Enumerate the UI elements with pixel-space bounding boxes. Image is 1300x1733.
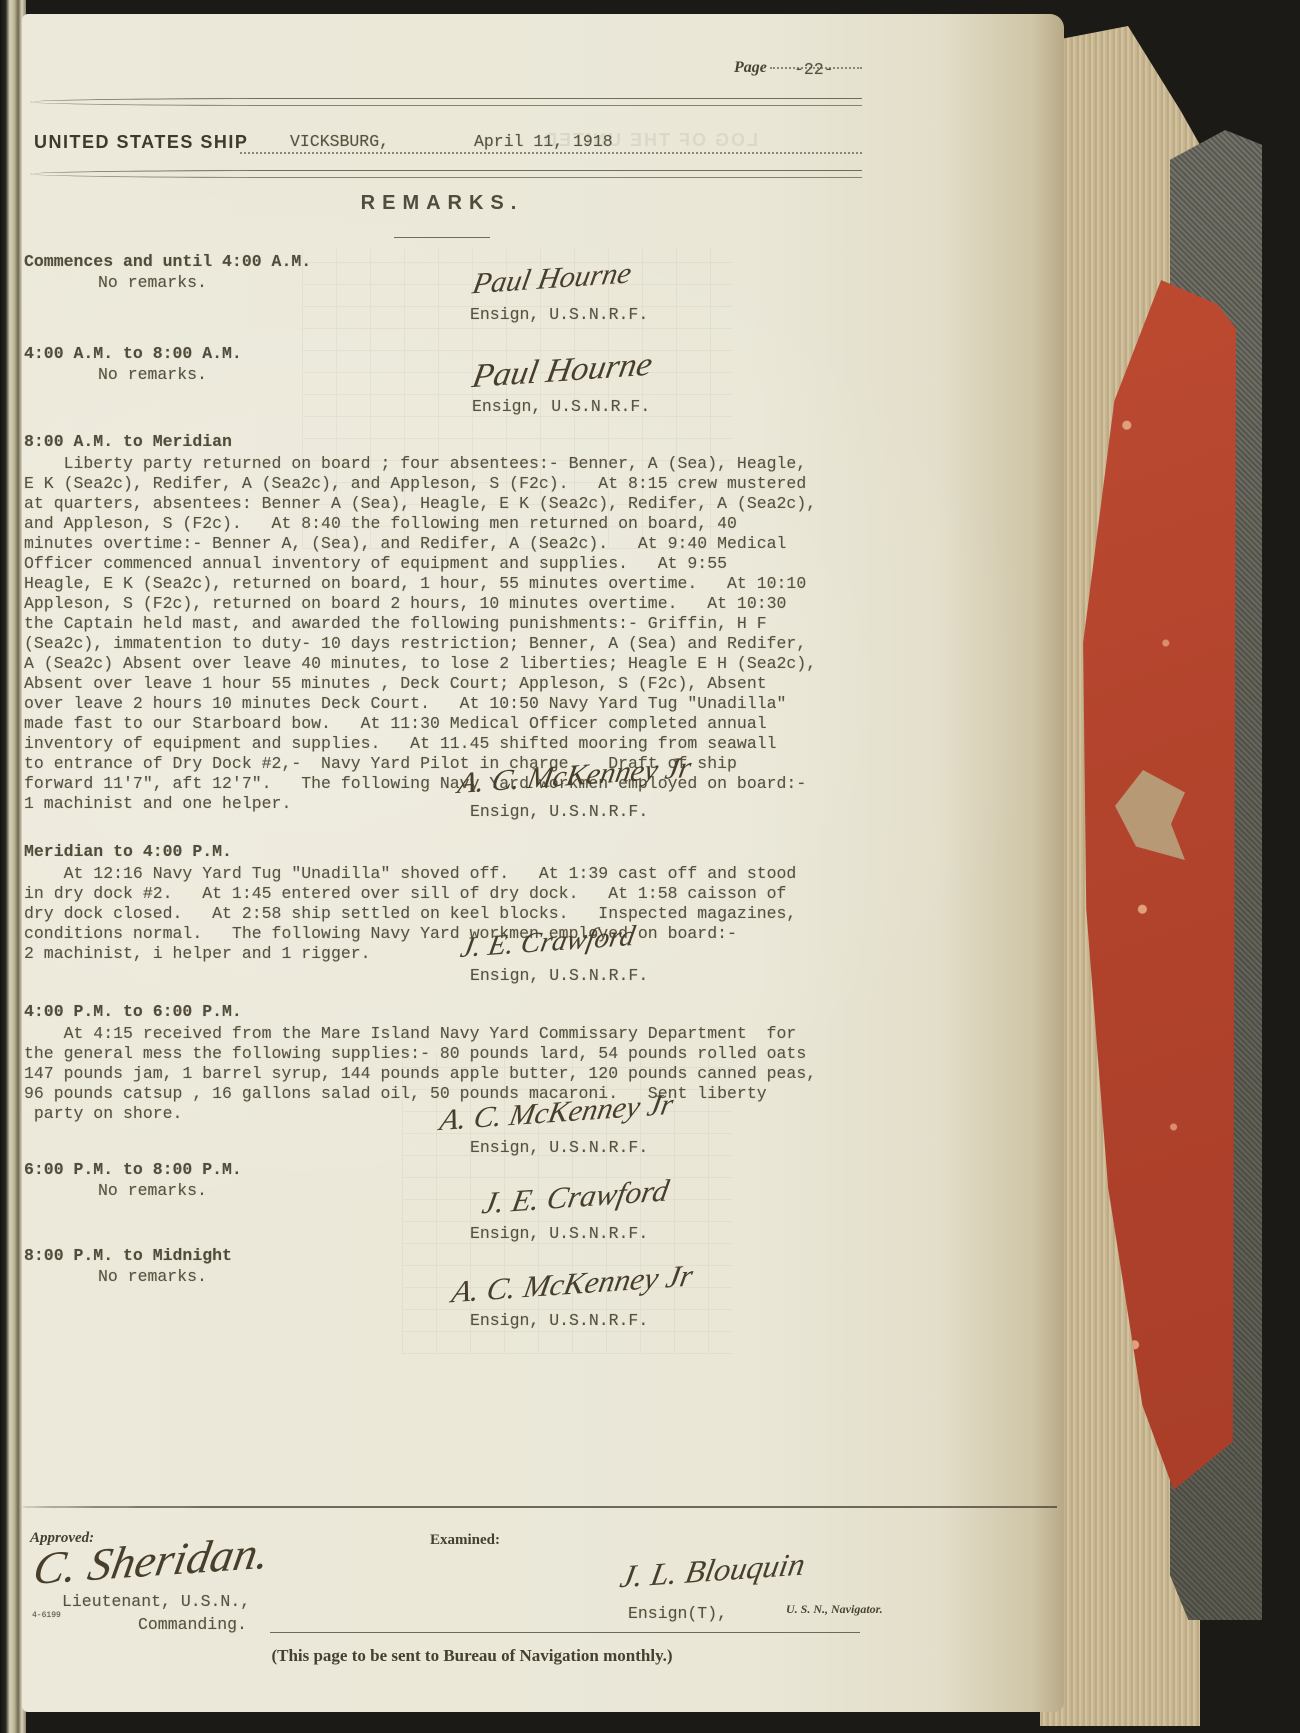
watch-heading: Commences and until 4:00 A.M. <box>24 252 311 272</box>
mid-rule <box>30 170 862 178</box>
commanding-line <box>270 1632 860 1633</box>
examined-rank: Ensign(T), <box>628 1604 727 1624</box>
officer-rank: Ensign, U.S.N.R.F. <box>470 802 648 822</box>
watch-body: No remarks. <box>98 1181 207 1201</box>
top-rule <box>30 98 862 106</box>
examined-signature: J. L. Blouquin <box>617 1546 808 1596</box>
watch-body: No remarks. <box>98 273 207 293</box>
watch-heading: 4:00 P.M. to 6:00 P.M. <box>24 1002 242 1022</box>
watch-body: No remarks. <box>98 365 207 385</box>
officer-rank: Ensign, U.S.N.R.F. <box>472 397 650 417</box>
log-page: LOG OF THE UNITED Page -22- UNITED STATE… <box>22 14 1064 1712</box>
watch-heading: Meridian to 4:00 P.M. <box>24 842 232 862</box>
watch-heading: 6:00 P.M. to 8:00 P.M. <box>24 1160 242 1180</box>
watch-heading: 8:00 A.M. to Meridian <box>24 432 232 452</box>
page-number: -22- <box>794 60 834 80</box>
officer-rank: Ensign, U.S.N.R.F. <box>470 1138 648 1158</box>
officer-rank: Ensign, U.S.N.R.F. <box>470 1224 648 1244</box>
officer-rank: Ensign, U.S.N.R.F. <box>470 305 648 325</box>
watch-heading: 4:00 A.M. to 8:00 A.M. <box>24 344 242 364</box>
officer-rank: Ensign, U.S.N.R.F. <box>470 1311 648 1331</box>
footer-rule <box>22 1506 1057 1508</box>
page-label: Page <box>734 59 767 77</box>
log-date: April 11, 1918 <box>474 132 613 152</box>
officer-rank: Ensign, U.S.N.R.F. <box>470 966 648 986</box>
bureau-note: (This page to be sent to Bureau of Navig… <box>22 1646 922 1666</box>
examined-label: Examined: <box>430 1532 500 1549</box>
form-number: 4-6199 <box>32 1606 61 1626</box>
photograph-of-logbook: LOG OF THE UNITED Page -22- UNITED STATE… <box>0 0 1300 1733</box>
remarks-underline <box>394 237 490 238</box>
ship-label: UNITED STATES SHIP <box>34 132 248 153</box>
examined-title: U. S. N., Navigator. <box>786 1602 883 1617</box>
approved-title: Commanding. <box>138 1615 247 1635</box>
approved-rank: Lieutenant, U.S.N., <box>62 1592 250 1612</box>
page-number-line <box>770 66 862 69</box>
watch-body: At 12:16 Navy Yard Tug "Unadilla" shoved… <box>24 864 860 964</box>
watch-body: No remarks. <box>98 1267 207 1287</box>
remarks-title: REMARKS. <box>22 192 862 215</box>
ship-name: VICKSBURG, <box>290 132 389 152</box>
watch-body: Liberty party returned on board ; four a… <box>24 454 860 814</box>
watch-heading: 8:00 P.M. to Midnight <box>24 1246 232 1266</box>
